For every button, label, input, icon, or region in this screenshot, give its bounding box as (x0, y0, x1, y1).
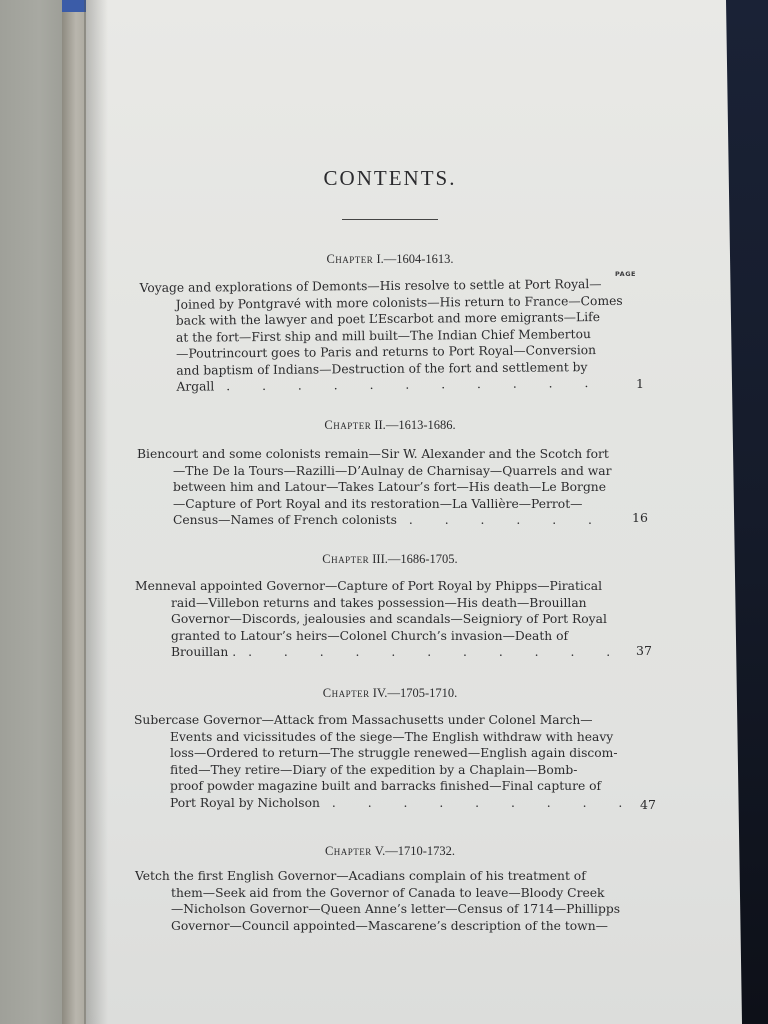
leader-dots: . . . . . . . . . . . . . . . . . . . . … (214, 375, 610, 395)
chapter-heading: Chapter V.—1710-1732. (290, 844, 490, 859)
chapter-heading: Chapter I.—1604-1613. (290, 252, 490, 267)
chapter-heading: Chapter IV.—1705-1710. (290, 686, 490, 701)
chapter-summary: Vetch the first English Governor—Acadian… (135, 868, 623, 934)
chapter-summary: Subercase Governor—Attack from Massachus… (134, 712, 622, 811)
chapter-heading: Chapter III.—1686-1705. (290, 552, 490, 567)
chapter-summary: Voyage and explorations of Demonts—His r… (140, 276, 611, 396)
page-title: CONTENTS. (290, 166, 490, 191)
page-number: 37 (636, 643, 652, 658)
leader-dots: . . . . . . . . . . . . . . . . . . . . … (320, 795, 622, 812)
page-number: 47 (640, 797, 656, 812)
leader-dots: . . . . . . . . . . . . . . . . . . . . … (236, 644, 615, 661)
chapter-summary: Biencourt and some colonists remain—Sir … (137, 446, 615, 529)
contents-page: CONTENTS. Chapter I.—1604-1613. PAGE Voy… (0, 0, 768, 1024)
title-divider (342, 219, 438, 220)
page-number: 16 (632, 510, 648, 525)
page-number: 1 (636, 376, 644, 391)
leader-dots: . . . . . . . . . . . . . . . . . . . . … (397, 512, 615, 529)
photo-scene: CONTENTS. Chapter I.—1604-1613. PAGE Voy… (0, 0, 768, 1024)
chapter-heading: Chapter II.—1613-1686. (290, 418, 490, 433)
page-column-label: PAGE (615, 270, 636, 278)
chapter-summary: Menneval appointed Governor—Capture of P… (135, 578, 615, 661)
